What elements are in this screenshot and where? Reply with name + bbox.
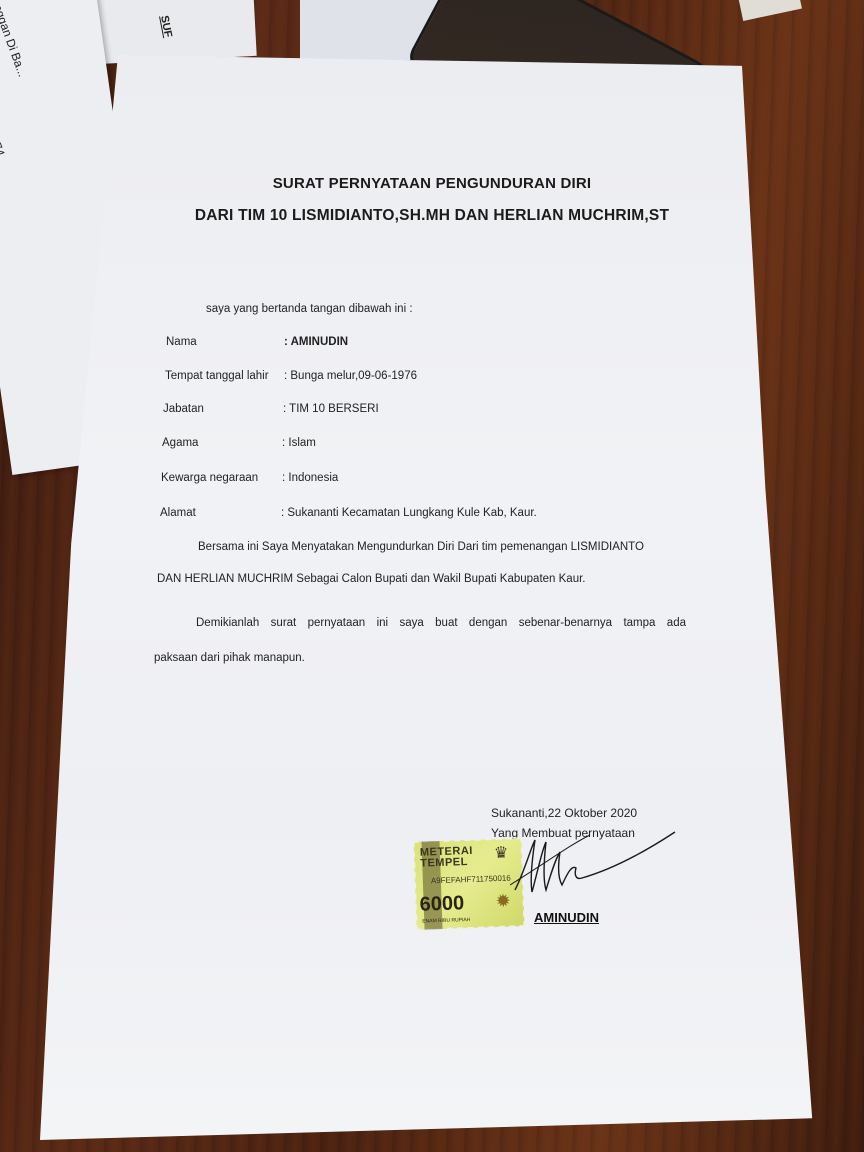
place-and-date: Sukananti,22 Oktober 2020 <box>491 806 637 820</box>
statement-paragraph-line1: Bersama ini Saya Menyatakan Mengundurkan… <box>198 541 644 553</box>
field-value: : Islam <box>282 437 316 449</box>
field-value: : Indonesia <box>282 472 338 484</box>
letter-title: SURAT PERNYATAAN PENGUNDURAN DIRI <box>0 175 864 192</box>
field-label: Tempat tanggal lahir <box>165 370 269 382</box>
field-value: : TIM 10 BERSERI <box>283 403 379 415</box>
stamp-amount-words: ENAM RIBU RUPIAH <box>422 917 470 925</box>
garuda-emblem-icon: ♛ <box>494 843 509 863</box>
statement-paragraph-line2: DAN HERLIAN MUCHRIM Sebagai Calon Bupati… <box>157 573 585 585</box>
field-label: Alamat <box>160 507 196 519</box>
field-value: : Bunga melur,09-06-1976 <box>284 370 417 382</box>
signer-name: AMINUDIN <box>534 910 599 925</box>
letter-subtitle: DARI TIM 10 LISMIDIANTO,SH.MH DAN HERLIA… <box>0 207 864 225</box>
field-label: Nama <box>166 336 197 348</box>
field-label: Jabatan <box>163 403 204 415</box>
stamp-serial: A9FEFAHF711750016 <box>431 874 511 886</box>
closing-paragraph-line2: paksaan dari pihak manapun. <box>154 652 305 664</box>
field-value: : Sukananti Kecamatan Lungkang Kule Kab,… <box>281 507 537 519</box>
revenue-stamp: METERAI TEMPEL ♛ A9FEFAHF711750016 6000 … <box>413 838 524 930</box>
field-value: : AMINUDIN <box>284 336 348 348</box>
field-label: Kewarga negaraan <box>161 472 258 484</box>
stamp-emblem-icon: ✹ <box>495 891 511 913</box>
stamp-amount: 6000 <box>419 892 464 917</box>
field-label: Agama <box>162 437 198 449</box>
closing-paragraph-line1: Demikianlah surat pernyataan ini saya bu… <box>196 617 686 629</box>
letter-content: SURAT PERNYATAAN PENGUNDURAN DIRI DARI T… <box>0 0 864 1152</box>
intro-text: saya yang bertanda tangan dibawah ini : <box>206 303 413 315</box>
signature <box>510 830 680 900</box>
